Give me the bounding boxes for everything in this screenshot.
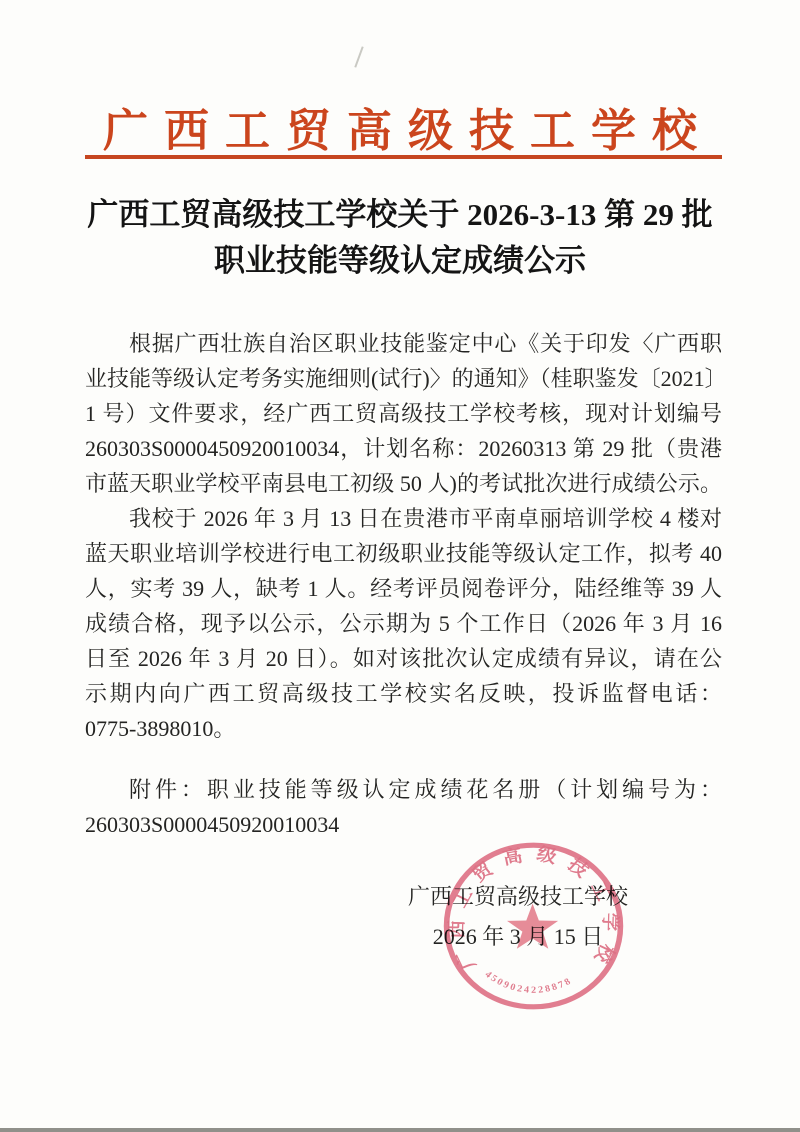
document-title-line1: 广西工贸高级技工学校关于 2026-3-13 第 29 批 [60,192,740,238]
letterhead-rule [85,155,722,159]
body-line: 我校于 2026 年 3 月 13 日在贵港市平南卓丽培训学校 4 楼对 [85,501,722,536]
body-line: 市蓝天职业学校平南县电工初级 50 人)的考试批次进行成绩公示。 [85,466,722,501]
attachment-line: 附件：职业技能等级认定成绩花名册（计划编号为： [85,772,722,807]
document-title: 广西工贸高级技工学校关于 2026-3-13 第 29 批 职业技能等级认定成绩… [60,192,740,284]
body-line: 示期内向广西工贸高级技工学校实名反映，投诉监督电话： [85,676,722,711]
body-line: 1 号）文件要求，经广西工贸高级技工学校考核，现对计划编号为： [85,396,722,431]
body-line: 蓝天职业培训学校进行电工初级职业技能等级认定工作，拟考 40 [85,536,722,571]
body-line: 成绩合格，现予以公示，公示期为 5 个工作日（2026 年 3 月 16 [85,606,722,641]
body-line: 人，实考 39 人，缺考 1 人。经考评员阅卷评分，陆经维等 39 人 [85,571,722,606]
letterhead-school-name: 广西工贸高级技工学校 [0,94,800,159]
body-line: 0775-3898010。 [85,711,722,746]
scan-bottom-edge [0,1128,800,1132]
seal-number-holder: 4509024228878 [483,969,575,996]
body-line: 260303S0000450920010034，计划名称：20260313 第 … [85,431,722,466]
document-title-line2: 职业技能等级认定成绩公示 [60,238,740,284]
signature-date: 2026 年 3 月 15 日 [403,924,633,950]
signature-school-name: 广西工贸高级技工学校 [403,884,633,910]
body-line: 业技能等级认定考务实施细则(试行)〉的通知》（桂职鉴发〔2021〕 [85,361,722,396]
body-line: 日至 2026 年 3 月 20 日）。如对该批次认定成绩有异议，请在公 [85,641,722,676]
body-line: 根据广西壮族自治区职业技能鉴定中心《关于印发〈广西职 [85,326,722,361]
scanned-notice-page: 广西工贸高级技工学校 广西工贸高级技工学校关于 2026-3-13 第 29 批… [0,0,800,1132]
attachment-line: 260303S0000450920010034 [85,807,722,842]
seal-number: 4509024228878 [483,969,575,996]
body-text: 根据广西壮族自治区职业技能鉴定中心《关于印发〈广西职 业技能等级认定考务实施细则… [85,326,722,746]
attachment-note: 附件：职业技能等级认定成绩花名册（计划编号为： 260303S000045092… [85,772,722,842]
scan-scratch-artifact [354,46,363,67]
signature-block: 广西工贸高级技工学校 2026 年 3 月 15 日 [403,884,633,950]
